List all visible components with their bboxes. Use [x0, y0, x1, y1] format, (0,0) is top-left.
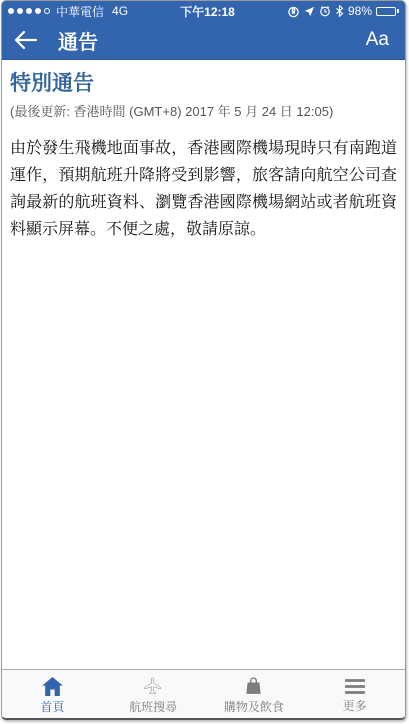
- tab-label: 首頁: [40, 698, 64, 715]
- status-bar-left: 中華電信 4G: [8, 3, 128, 20]
- battery-icon: [376, 7, 399, 16]
- notice-content: 特別通告 (最後更新: 香港時間 (GMT+8) 2017 年 5 月 24 日…: [2, 61, 405, 669]
- tab-label: 購物及飲食: [224, 698, 284, 715]
- back-arrow-icon: [14, 30, 38, 50]
- network-type: 4G: [112, 4, 128, 18]
- signal-strength-icon: [8, 8, 50, 14]
- home-icon: [42, 677, 63, 696]
- back-button[interactable]: [14, 25, 44, 55]
- bluetooth-icon: [335, 5, 344, 17]
- notice-updated-timestamp: (最後更新: 香港時間 (GMT+8) 2017 年 5 月 24 日 12:0…: [10, 101, 397, 120]
- alarm-clock-icon: [319, 5, 331, 17]
- tab-home[interactable]: 首頁: [2, 670, 103, 718]
- airplane-icon: [143, 676, 163, 696]
- menu-icon: [344, 678, 366, 695]
- battery-percent: 98%: [348, 4, 372, 18]
- tab-shopping-dining[interactable]: 購物及飲食: [204, 670, 305, 718]
- status-time: 下午12:18: [128, 3, 287, 20]
- phone-screen: 中華電信 4G 下午12:18 98%: [1, 0, 406, 720]
- carrier-name: 中華電信: [56, 3, 104, 20]
- tab-label: 航班搜尋: [129, 698, 177, 715]
- tab-bar: 首頁 航班搜尋 購物及飲食 更多: [2, 669, 405, 718]
- location-arrow-icon: [304, 6, 315, 17]
- tab-label: 更多: [343, 697, 367, 714]
- shopping-bag-icon: [244, 676, 263, 696]
- tab-flight-search[interactable]: 航班搜尋: [103, 670, 204, 718]
- status-bar: 中華電信 4G 下午12:18 98%: [2, 1, 405, 21]
- page-title: 通告: [58, 26, 362, 55]
- navigation-bar: 通告 Aa: [2, 21, 405, 60]
- screenshot-frame: 中華電信 4G 下午12:18 98%: [0, 0, 409, 724]
- notice-body-text: 由於發生飛機地面事故，香港國際機場現時只有南跑道運作，預期航班升降將受到影響，旅…: [10, 135, 397, 243]
- status-bar-right: 98%: [287, 4, 399, 18]
- orientation-lock-icon: [287, 5, 300, 18]
- text-size-button[interactable]: Aa: [362, 27, 393, 53]
- tab-more[interactable]: 更多: [304, 670, 405, 718]
- notice-title: 特別通告: [10, 71, 397, 97]
